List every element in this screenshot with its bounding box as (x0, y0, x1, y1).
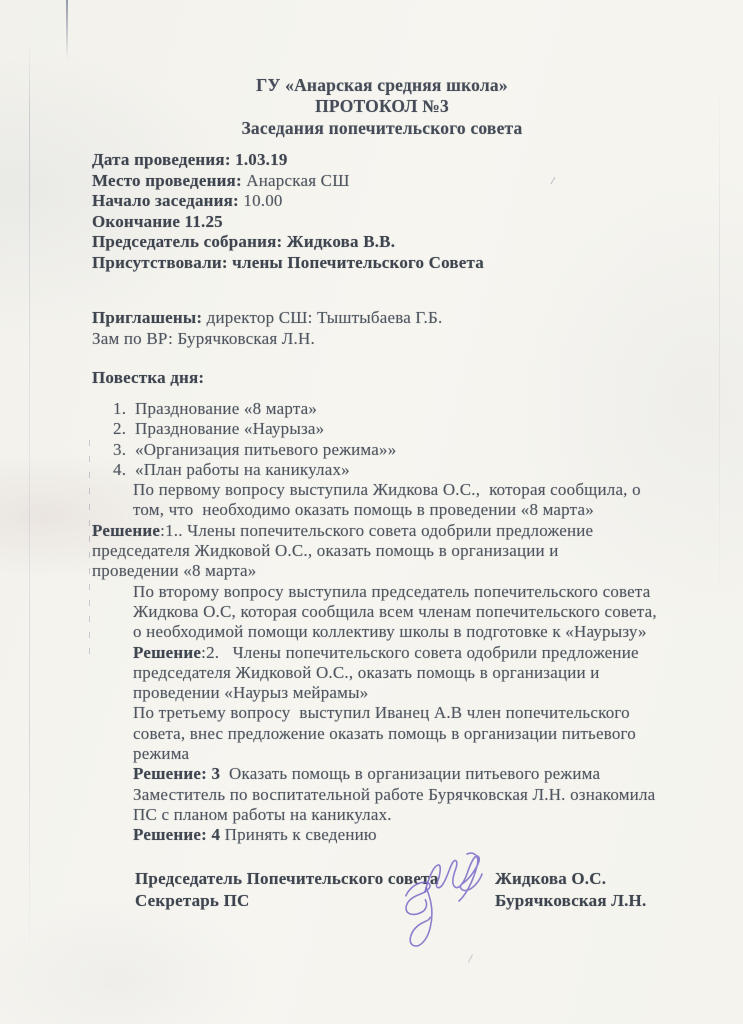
decision-3-line: Решение: 3 Оказать помощь в организации … (92, 764, 672, 784)
meta-place: Место проведения: Анарская СШ (92, 171, 672, 192)
agenda-item-4: 4.«План работы на каникулах» (92, 460, 672, 480)
decision-2-line: Решение:2. Члены попечительского совета … (92, 643, 672, 663)
body-line: проведении «8 марта» (92, 561, 672, 581)
protocol-subtitle: Заседания попечительского совета (92, 118, 672, 139)
secretary-name: Бурячковская Л.Н. (495, 890, 646, 912)
signature-row-chair: Председатель Попечительского совета Жидк… (92, 868, 672, 890)
protocol-body: 1.Празднование «8 марта» 2.Празднование … (92, 399, 672, 846)
invited-section: Приглашены: директор СШ: Тыштыбаева Г.Б.… (92, 307, 672, 349)
secretary-signature-label: Секретарь ПС (135, 891, 249, 910)
document-header: ГУ «Анарская средняя школа» ПРОТОКОЛ №3 … (92, 75, 672, 139)
invited-line-2: Зам по ВР: Бурячковская Л.Н. (92, 328, 672, 349)
meeting-meta: Дата проведения: 1.03.19 Место проведени… (92, 150, 672, 274)
body-line: Заместитель по воспитательной работе Бур… (92, 785, 672, 805)
body-line: По второму вопросу выступила председател… (92, 582, 672, 602)
agenda-heading: Повестка дня: (92, 368, 672, 388)
invited-line-1: Приглашены: директор СШ: Тыштыбаева Г.Б. (92, 307, 672, 328)
body-line: По первому вопросу выступила Жидкова О.С… (92, 480, 672, 500)
body-line: председателя Жидковой О.С., оказать помо… (92, 541, 672, 561)
chair-name: Жидкова О.С. (495, 868, 606, 890)
chair-signature-label: Председатель Попечительского совета (135, 869, 439, 888)
body-line: о необходимой помощи коллективу школы в … (92, 622, 672, 642)
decision-1-line: Решение:1.. Члены попечительского совета… (92, 521, 672, 541)
body-line: Жидкова О.С, которая сообщила всем члена… (92, 602, 672, 622)
body-line: том, что необходимо оказать помощь в про… (92, 500, 672, 520)
scan-artifact-speck (468, 954, 473, 963)
meta-start-time: Начало заседания: 10.00 (92, 191, 672, 212)
scan-artifact-scratch (29, 38, 30, 968)
agenda-item-2: 2.Празднование «Наурыза» (92, 419, 672, 439)
document-page: ГУ «Анарская средняя школа» ПРОТОКОЛ №3 … (0, 0, 743, 1024)
decision-4-line: Решение: 4 Принять к сведению (92, 825, 672, 845)
scan-artifact-scratch (89, 440, 90, 660)
signature-section: Председатель Попечительского совета Жидк… (92, 868, 672, 913)
meta-attendees: Присутствовали: члены Попечительского Со… (92, 253, 672, 274)
signature-row-secretary: Секретарь ПС Бурячковская Л.Н. (92, 890, 672, 912)
meta-date: Дата проведения: 1.03.19 (92, 150, 672, 171)
body-line: режима (92, 744, 672, 764)
body-line: проведении «Наурыз мейрамы» (92, 683, 672, 703)
scan-artifact-scratch (66, 0, 68, 60)
org-name: ГУ «Анарская средняя школа» (92, 75, 672, 96)
scan-artifact-scratch (719, 80, 720, 620)
meta-chairperson: Председатель собрания: Жидкова В.В. (92, 232, 672, 253)
body-line: председателя Жидковой О.С., оказать помо… (92, 663, 672, 683)
body-line: По третьему вопросу выступил Иванец А.В … (92, 703, 672, 723)
meta-end-time: Окончание 11.25 (92, 212, 672, 233)
protocol-title: ПРОТОКОЛ №3 (92, 96, 672, 117)
body-line: ПС с планом работы на каникулах. (92, 805, 672, 825)
body-line: совета, внес предложение оказать помощь … (92, 724, 672, 744)
agenda-item-1: 1.Празднование «8 марта» (92, 399, 672, 419)
agenda-item-3: 3.«Организация питьевого режима»» (92, 440, 672, 460)
